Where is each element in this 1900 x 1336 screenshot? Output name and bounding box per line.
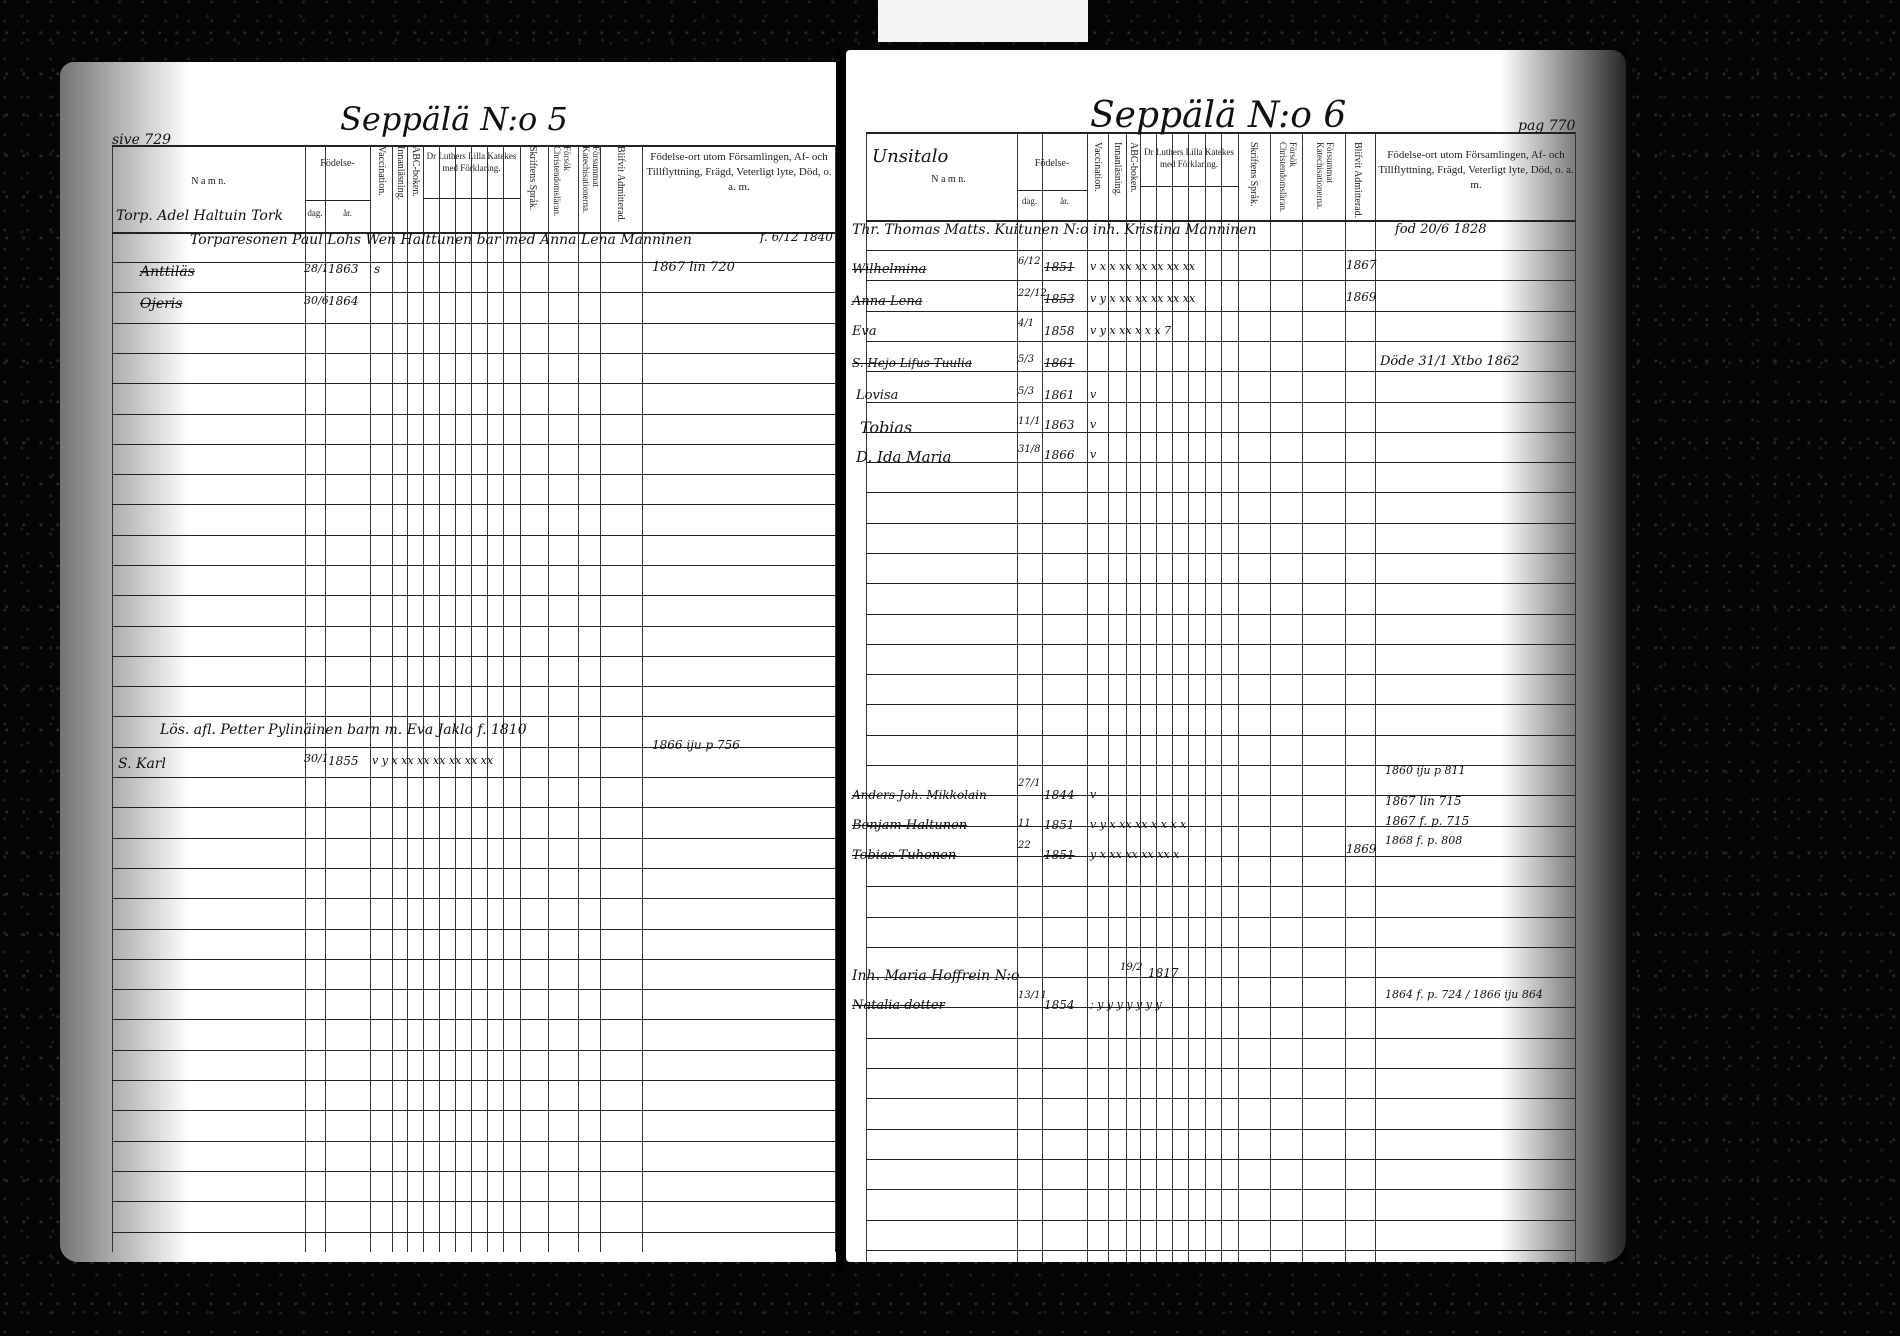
right-header-scripture: Skriftens Språk. bbox=[1248, 142, 1258, 222]
right-entry-2-admitted: 1869 bbox=[1346, 290, 1377, 304]
left-header-admitted: Blifvit Admitterad. bbox=[615, 146, 625, 226]
left-entry-3-name: Ojeris bbox=[140, 296, 182, 312]
left-entry-1-note: f. 6/12 1840 bbox=[760, 230, 833, 244]
left-header-birth: Födelse- bbox=[305, 158, 370, 169]
right-entry-4-note: Döde 31/1 Xtbo 1862 bbox=[1380, 354, 1520, 369]
right-entry-11-note: 1868 f. p. 808 bbox=[1385, 834, 1462, 847]
right-page-ref: pag 770 bbox=[1518, 118, 1575, 134]
grid-row-rule bbox=[112, 1110, 835, 1111]
grid-column-rule bbox=[112, 145, 113, 1252]
grid-row-rule bbox=[866, 462, 1575, 463]
grid-column-rule bbox=[1017, 132, 1018, 1262]
right-entry-13-marks: ; y y y y y y y bbox=[1090, 998, 1162, 1011]
grid-column-rule bbox=[1238, 132, 1239, 1262]
grid-row-rule bbox=[1017, 190, 1087, 191]
grid-column-rule bbox=[407, 145, 408, 1252]
right-entry-12-day: 19/2 bbox=[1120, 962, 1142, 973]
left-header-scripture: Skriftens Språk. bbox=[527, 146, 537, 226]
right-entry-1-year: 1851 bbox=[1044, 260, 1075, 274]
left-entry-2-marks: s bbox=[374, 262, 380, 276]
left-entry-2-note: 1867 lin 720 bbox=[652, 260, 735, 275]
left-page-heading: Seppälä N:o 5 bbox=[340, 100, 568, 138]
right-header-christian-attempt: Försök Christendomsläran. bbox=[1278, 142, 1298, 222]
grid-column-rule bbox=[1087, 132, 1088, 1262]
grid-row-rule bbox=[112, 535, 835, 536]
grid-row-rule bbox=[112, 1141, 835, 1142]
right-entry-11-year: 1851 bbox=[1044, 848, 1075, 862]
right-header-vaccination: Vaccination. bbox=[1092, 142, 1102, 222]
right-entry-13-day: 13/11 bbox=[1018, 990, 1047, 1001]
right-entry-13-name: Natalia dotter bbox=[852, 998, 945, 1013]
grid-row-rule bbox=[866, 1189, 1575, 1190]
right-entry-9-name: Anders Joh. Mikkolain bbox=[852, 788, 987, 802]
right-entry-1-day: 6/12 bbox=[1018, 256, 1040, 267]
right-entry-5-day: 5/3 bbox=[1018, 386, 1034, 397]
grid-row-rule bbox=[112, 1232, 835, 1233]
right-entry-4-name: S. Hejo Lifus Tuulia bbox=[852, 356, 972, 370]
grid-column-rule bbox=[325, 145, 326, 1252]
left-header-neglected: Försummat Katechisationerna. bbox=[581, 146, 601, 226]
left-entry-2-day: 28/1 bbox=[304, 262, 329, 275]
grid-column-rule bbox=[835, 145, 836, 1252]
right-header-abc: ABC-boken. bbox=[1128, 142, 1138, 222]
grid-row-rule bbox=[866, 371, 1575, 372]
right-entry-4-year: 1861 bbox=[1044, 356, 1075, 370]
grid-row-rule bbox=[866, 553, 1575, 554]
grid-row-rule bbox=[866, 947, 1575, 948]
right-entry-11-day: 22 bbox=[1018, 840, 1031, 851]
grid-row-rule bbox=[866, 432, 1575, 433]
left-entry-2-year: 1863 bbox=[328, 262, 359, 276]
grid-column-rule bbox=[455, 145, 456, 1252]
grid-row-rule bbox=[112, 898, 835, 899]
grid-row-rule bbox=[112, 414, 835, 415]
left-entry-3-day: 30/6 bbox=[304, 294, 329, 307]
grid-column-rule bbox=[392, 145, 393, 1252]
left-entry-4-name: Lös. afl. Petter Pylinäinen barn m. Eva … bbox=[160, 722, 527, 738]
grid-row-rule bbox=[112, 1019, 835, 1020]
grid-column-rule bbox=[305, 145, 306, 1252]
right-entry-5-year: 1861 bbox=[1044, 388, 1075, 402]
right-entry-3-marks: v y x xx x x x 7 bbox=[1090, 324, 1171, 337]
grid-row-rule bbox=[112, 565, 835, 566]
left-entry-0-name: Torp. Adel Haltuin Tork bbox=[116, 208, 283, 224]
grid-row-rule bbox=[866, 765, 1575, 766]
grid-row-rule bbox=[866, 280, 1575, 281]
page-tab-marker bbox=[878, 0, 1088, 42]
left-header-year: år. bbox=[325, 208, 370, 218]
grid-row-rule bbox=[866, 583, 1575, 584]
grid-column-rule bbox=[487, 145, 488, 1252]
right-entry-4-day: 5/3 bbox=[1018, 354, 1034, 365]
grid-row-rule bbox=[112, 1080, 835, 1081]
grid-row-rule bbox=[866, 735, 1575, 736]
left-entry-3-year: 1864 bbox=[328, 294, 359, 308]
right-entry-10-note: 1867 f. p. 715 bbox=[1385, 814, 1469, 828]
right-entry-9-note: 1867 lin 715 bbox=[1385, 794, 1461, 808]
right-entry-1-admitted: 1867 bbox=[1346, 258, 1377, 272]
right-entry-2-year: 1853 bbox=[1044, 292, 1075, 306]
grid-column-rule bbox=[1575, 132, 1576, 1262]
right-header-birth: Födelse- bbox=[1017, 158, 1087, 169]
grid-column-rule bbox=[600, 145, 601, 1252]
right-entry-12-year: 1817 bbox=[1148, 966, 1179, 980]
right-entry-13-note: 1864 f. p. 724 / 1866 iju 864 bbox=[1385, 988, 1543, 1001]
grid-column-rule bbox=[1302, 132, 1303, 1262]
right-entry-10-name: Benjam Haltunen bbox=[852, 818, 967, 833]
grid-row-rule bbox=[112, 656, 835, 657]
left-entry-5-name: S. Karl bbox=[118, 756, 166, 772]
grid-row-rule bbox=[866, 311, 1575, 312]
grid-row-rule bbox=[305, 200, 370, 201]
grid-row-rule bbox=[866, 1007, 1575, 1008]
left-header-vaccination: Vaccination. bbox=[376, 146, 386, 226]
grid-column-rule bbox=[548, 145, 549, 1252]
grid-row-rule bbox=[866, 341, 1575, 342]
grid-row-rule bbox=[112, 383, 835, 384]
grid-row-rule bbox=[112, 1201, 835, 1202]
grid-row-rule bbox=[112, 686, 835, 687]
grid-row-rule bbox=[866, 492, 1575, 493]
book-spine bbox=[836, 48, 844, 1270]
left-header-abc: ABC-boken. bbox=[410, 146, 420, 226]
right-entry-0-note: fod 20/6 1828 bbox=[1395, 222, 1487, 237]
grid-column-rule bbox=[503, 145, 504, 1252]
grid-row-rule bbox=[112, 989, 835, 990]
grid-row-rule bbox=[112, 504, 835, 505]
left-entry-2-name: Anttiläs bbox=[140, 264, 195, 280]
grid-row-rule bbox=[866, 674, 1575, 675]
left-header-reading: Innanläsning. bbox=[395, 146, 405, 226]
grid-row-rule bbox=[112, 353, 835, 354]
right-entry-11-name: Tobias Tuhonen bbox=[852, 848, 956, 863]
grid-row-rule bbox=[112, 474, 835, 475]
right-entry-7-marks: v bbox=[1090, 448, 1096, 461]
right-entry-11-marks: y x xx xx xx xx x bbox=[1090, 848, 1179, 861]
grid-row-rule bbox=[1140, 186, 1238, 187]
right-page-shadow bbox=[1500, 50, 1626, 1262]
right-header-admitted: Blifvit Admitterad. bbox=[1352, 142, 1362, 222]
right-entry-10-day: 11 bbox=[1018, 818, 1031, 829]
right-entry-1-name: Wilhelmina bbox=[852, 262, 926, 277]
grid-row-rule bbox=[866, 917, 1575, 918]
right-header-catechism: Dr Luthers Lilla Katekes med Förklaring. bbox=[1140, 146, 1238, 170]
right-page-heading: Seppälä N:o 6 bbox=[1090, 95, 1346, 136]
grid-column-rule bbox=[423, 145, 424, 1252]
grid-column-rule bbox=[471, 145, 472, 1252]
right-name-header-note: Unsitalo bbox=[872, 146, 948, 167]
grid-row-rule bbox=[866, 1250, 1575, 1251]
left-header-catechism: Dr Luthers Lilla Katekes med Förklaring. bbox=[423, 150, 520, 174]
right-entry-6-year: 1863 bbox=[1044, 418, 1075, 432]
right-header-day: dag. bbox=[1017, 196, 1042, 206]
grid-row-rule bbox=[866, 250, 1575, 251]
grid-row-rule bbox=[423, 198, 520, 199]
right-entry-5-name: Lovisa bbox=[856, 388, 898, 403]
left-entry-5-marks: v y x xx xx xx xx xx xx bbox=[372, 754, 493, 767]
right-entry-7-name: D. Ida Maria bbox=[856, 448, 951, 466]
right-entry-3-day: 4/1 bbox=[1018, 318, 1034, 329]
right-entry-8-note: 1860 iju p 811 bbox=[1385, 764, 1466, 777]
right-entry-5-marks: v bbox=[1090, 388, 1096, 401]
grid-row-rule bbox=[112, 323, 835, 324]
grid-column-rule bbox=[370, 145, 371, 1252]
right-entry-10-year: 1851 bbox=[1044, 818, 1075, 832]
left-entry-4-note: 1866 iju p 756 bbox=[652, 738, 740, 752]
grid-row-rule bbox=[112, 959, 835, 960]
left-header-name: N a m n. bbox=[112, 176, 305, 187]
right-header-name: N a m n. bbox=[880, 174, 1017, 185]
left-entry-1-name: Torparesonen Paul Lohs Wen Halttunen bar… bbox=[190, 232, 692, 248]
left-header-notes: Födelse-ort utom Församlingen, Af- och T… bbox=[645, 150, 833, 195]
right-entry-11-admitted: 1869 bbox=[1346, 842, 1377, 856]
grid-column-rule bbox=[578, 145, 579, 1252]
grid-row-rule bbox=[866, 402, 1575, 403]
right-header-year: år. bbox=[1042, 196, 1087, 206]
grid-row-rule bbox=[866, 1098, 1575, 1099]
right-entry-6-name: Tobias bbox=[860, 418, 912, 437]
grid-row-rule bbox=[866, 1129, 1575, 1130]
grid-row-rule bbox=[112, 595, 835, 596]
right-entry-13-year: 1854 bbox=[1044, 998, 1075, 1012]
grid-row-rule bbox=[112, 292, 835, 293]
grid-row-rule bbox=[112, 1050, 835, 1051]
grid-row-rule bbox=[112, 626, 835, 627]
right-entry-7-year: 1866 bbox=[1044, 448, 1075, 462]
grid-row-rule bbox=[112, 444, 835, 445]
left-entry-5-day: 30/1 bbox=[304, 752, 329, 765]
right-entry-6-marks: v bbox=[1090, 418, 1096, 431]
right-entry-6-day: 11/1 bbox=[1018, 416, 1040, 427]
left-header-christian-attempt: Försök Christendomsläran. bbox=[552, 146, 572, 226]
right-entry-10-marks: v y x xx xx x x x x bbox=[1090, 818, 1186, 831]
left-page-ref: sive 729 bbox=[112, 132, 171, 148]
grid-row-rule bbox=[866, 704, 1575, 705]
grid-column-rule bbox=[520, 145, 521, 1252]
grid-row-rule bbox=[112, 929, 835, 930]
grid-column-rule bbox=[1042, 132, 1043, 1262]
grid-row-rule bbox=[866, 1068, 1575, 1069]
grid-row-rule bbox=[866, 614, 1575, 615]
right-header-neglected: Försummat Katechisationerna. bbox=[1315, 142, 1335, 222]
right-entry-3-year: 1858 bbox=[1044, 324, 1075, 338]
grid-row-rule bbox=[112, 1171, 835, 1172]
left-header-day: dag. bbox=[305, 208, 325, 218]
grid-row-rule bbox=[866, 1159, 1575, 1160]
right-entry-2-name: Anna Lena bbox=[852, 294, 922, 309]
grid-row-rule bbox=[866, 856, 1575, 857]
left-entry-5-year: 1855 bbox=[328, 754, 359, 768]
left-page-shadow bbox=[60, 62, 190, 1262]
right-entry-1-marks: v x x xx xx xx xx xx bbox=[1090, 260, 1195, 273]
grid-column-rule bbox=[1205, 132, 1206, 1262]
grid-row-rule bbox=[112, 777, 835, 778]
grid-row-rule bbox=[866, 644, 1575, 645]
right-entry-9-year: 1844 bbox=[1044, 788, 1075, 802]
right-entry-9-marks: v bbox=[1090, 788, 1096, 801]
grid-column-rule bbox=[642, 145, 643, 1252]
grid-row-rule bbox=[112, 807, 835, 808]
right-entry-7-day: 31/8 bbox=[1018, 444, 1040, 455]
right-header-reading: Innanläsning. bbox=[1112, 142, 1122, 222]
grid-row-rule bbox=[112, 145, 835, 147]
grid-column-rule bbox=[1270, 132, 1271, 1262]
grid-row-rule bbox=[866, 1038, 1575, 1039]
right-entry-2-day: 22/12 bbox=[1018, 288, 1047, 299]
right-entry-3-name: Eva bbox=[852, 324, 877, 339]
right-entry-9-day: 27/1 bbox=[1018, 778, 1040, 789]
grid-row-rule bbox=[866, 523, 1575, 524]
right-entry-12-name: Inh. Maria Hoffrein N:o bbox=[852, 968, 1020, 984]
grid-row-rule bbox=[866, 1220, 1575, 1221]
right-entry-2-marks: v y x xx xx xx xx xx bbox=[1090, 292, 1195, 305]
grid-column-rule bbox=[439, 145, 440, 1252]
grid-column-rule bbox=[1221, 132, 1222, 1262]
grid-row-rule bbox=[866, 886, 1575, 887]
right-entry-0-name: Thr. Thomas Matts. Kuitunen N:o inh. Kri… bbox=[852, 222, 1257, 238]
grid-row-rule bbox=[112, 716, 835, 717]
grid-row-rule bbox=[112, 868, 835, 869]
grid-row-rule bbox=[112, 838, 835, 839]
right-header-notes: Födelse-ort utom Församlingen, Af- och T… bbox=[1378, 148, 1574, 193]
